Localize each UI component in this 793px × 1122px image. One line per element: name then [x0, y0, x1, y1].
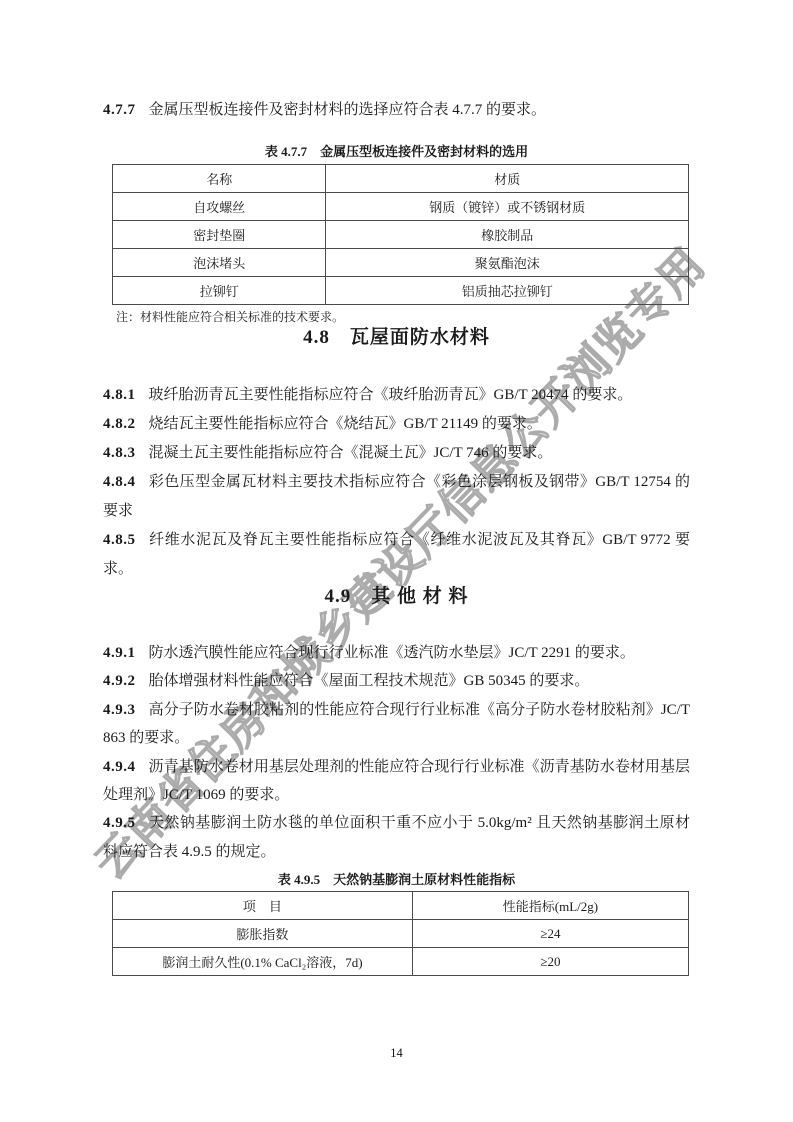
clause-text: 金属压型板连接件及密封材料的选择应符合表 4.7.7 的要求。	[149, 102, 547, 118]
table-cell: 泡沫堵头	[113, 249, 326, 277]
table-cell: 自攻螺丝	[113, 193, 326, 221]
clause-4-9-5: 4.9.5天然钠基膨润土防水毯的单位面积干重不应小于 5.0kg/m² 且天然钠…	[103, 809, 690, 866]
table-row: 泡沫堵头 聚氨酯泡沫	[113, 249, 689, 277]
table-cell: 拉铆钉	[113, 277, 326, 305]
table-row: 拉铆钉 铝质抽芯拉铆钉	[113, 277, 689, 305]
table-4-9-5-caption: 表 4.9.5 天然钠基膨润土原材料性能指标	[103, 871, 690, 888]
table-note: 注：材料性能应符合相关标准的技术要求。	[103, 309, 690, 325]
table-cell: 膨润土耐久性(0.1% CaCl₂溶液，7d)	[113, 948, 413, 976]
table-header-row: 项 目 性能指标(mL/2g)	[113, 892, 689, 920]
clause-4-8-2: 4.8.2烧结瓦主要性能指标应符合《烧结瓦》GB/T 21149 的要求。	[103, 410, 690, 439]
clause-4-9-1: 4.9.1防水透汽膜性能应符合现行行业标准《透汽防水垫层》JC/T 2291 的…	[103, 639, 690, 667]
clause-text: 玻纤胎沥青瓦主要性能指标应符合《玻纤胎沥青瓦》GB/T 20474 的要求。	[149, 387, 633, 403]
clause-number: 4.8.1	[103, 387, 136, 403]
table-cell: 钢质（镀锌）或不锈钢材质	[326, 193, 689, 221]
clause-4-8-4: 4.8.4彩色压型金属瓦材料主要技术指标应符合《彩色涂层钢板及钢带》GB/T 1…	[103, 468, 690, 526]
table-cell: 膨胀指数	[113, 920, 413, 948]
clause-number: 4.9.3	[103, 702, 136, 718]
section-4-9-clauses: 4.9.1防水透汽膜性能应符合现行行业标准《透汽防水垫层》JC/T 2291 的…	[103, 639, 690, 866]
table-cell: 橡胶制品	[326, 221, 689, 249]
clause-number: 4.7.7	[103, 102, 136, 118]
table-header-cell: 性能指标(mL/2g)	[412, 892, 688, 920]
clause-text: 天然钠基膨润土防水毯的单位面积干重不应小于 5.0kg/m² 且天然钠基膨润土原…	[103, 815, 690, 859]
clause-number: 4.8.3	[103, 445, 136, 461]
table-row: 膨润土耐久性(0.1% CaCl₂溶液，7d) ≥20	[113, 948, 689, 976]
clause-number: 4.8.2	[103, 416, 136, 432]
document-page: 4.7.7金属压型板连接件及密封材料的选择应符合表 4.7.7 的要求。 表 4…	[0, 0, 793, 1122]
clause-number: 4.9.4	[103, 759, 136, 775]
clause-text: 胎体增强材料性能应符合《屋面工程技术规范》GB 50345 的要求。	[149, 673, 590, 689]
table-header-cell: 名称	[113, 165, 326, 193]
clause-4-8-3: 4.8.3混凝土瓦主要性能指标应符合《混凝土瓦》JC/T 746 的要求。	[103, 439, 690, 468]
clause-text: 高分子防水卷材胶粘剂的性能应符合现行行业标准《高分子防水卷材胶粘剂》JC/T 8…	[103, 702, 690, 746]
section-4-8-clauses: 4.8.1玻纤胎沥青瓦主要性能指标应符合《玻纤胎沥青瓦》GB/T 20474 的…	[103, 381, 690, 584]
clause-4-9-2: 4.9.2胎体增强材料性能应符合《屋面工程技术规范》GB 50345 的要求。	[103, 667, 690, 695]
table-row: 膨胀指数 ≥24	[113, 920, 689, 948]
clause-4-9-4: 4.9.4沥青基防水卷材用基层处理剂的性能应符合现行行业标准《沥青基防水卷材用基…	[103, 753, 690, 810]
table-row: 自攻螺丝 钢质（镀锌）或不锈钢材质	[113, 193, 689, 221]
clause-number: 4.8.4	[103, 474, 136, 490]
section-heading-4-8: 4.8 瓦屋面防水材料	[103, 325, 690, 351]
clause-text: 彩色压型金属瓦材料主要技术指标应符合《彩色涂层钢板及钢带》GB/T 12754 …	[103, 474, 690, 519]
clause-4-9-3: 4.9.3高分子防水卷材胶粘剂的性能应符合现行行业标准《高分子防水卷材胶粘剂》J…	[103, 696, 690, 753]
table-row: 密封垫圈 橡胶制品	[113, 221, 689, 249]
clause-4-7-7: 4.7.7金属压型板连接件及密封材料的选择应符合表 4.7.7 的要求。	[103, 96, 690, 124]
table-header-row: 名称 材质	[113, 165, 689, 193]
clause-text: 纤维水泥瓦及脊瓦主要性能指标应符合《纤维水泥波瓦及其脊瓦》GB/T 9772 要…	[103, 532, 690, 577]
table-header-cell: 项 目	[113, 892, 413, 920]
table-header-cell: 材质	[326, 165, 689, 193]
table-4-9-5: 项 目 性能指标(mL/2g) 膨胀指数 ≥24 膨润土耐久性(0.1% CaC…	[112, 891, 689, 976]
table-4-7-7-caption: 表 4.7.7 金属压型板连接件及密封材料的选用	[103, 143, 690, 161]
clause-number: 4.9.2	[103, 673, 136, 689]
clause-4-8-1: 4.8.1玻纤胎沥青瓦主要性能指标应符合《玻纤胎沥青瓦》GB/T 20474 的…	[103, 381, 690, 410]
clause-number: 4.9.5	[103, 815, 136, 831]
clause-number: 4.9.1	[103, 645, 136, 661]
clause-text: 混凝土瓦主要性能指标应符合《混凝土瓦》JC/T 746 的要求。	[149, 445, 553, 461]
table-cell: 密封垫圈	[113, 221, 326, 249]
table-cell: ≥24	[412, 920, 688, 948]
section-heading-4-9: 4.9 其 他 材 料	[103, 584, 690, 610]
clause-text: 沥青基防水卷材用基层处理剂的性能应符合现行行业标准《沥青基防水卷材用基层处理剂》…	[103, 759, 690, 803]
clause-4-8-5: 4.8.5纤维水泥瓦及脊瓦主要性能指标应符合《纤维水泥波瓦及其脊瓦》GB/T 9…	[103, 526, 690, 584]
clause-number: 4.8.5	[103, 532, 136, 548]
table-cell: 聚氨酯泡沫	[326, 249, 689, 277]
table-cell: ≥20	[412, 948, 688, 976]
clause-text: 防水透汽膜性能应符合现行行业标准《透汽防水垫层》JC/T 2291 的要求。	[149, 645, 635, 661]
page-number: 14	[0, 1046, 793, 1061]
table-cell: 铝质抽芯拉铆钉	[326, 277, 689, 305]
table-4-7-7: 名称 材质 自攻螺丝 钢质（镀锌）或不锈钢材质 密封垫圈 橡胶制品 泡沫堵头 聚…	[112, 164, 689, 305]
clause-text: 烧结瓦主要性能指标应符合《烧结瓦》GB/T 21149 的要求。	[149, 416, 542, 432]
